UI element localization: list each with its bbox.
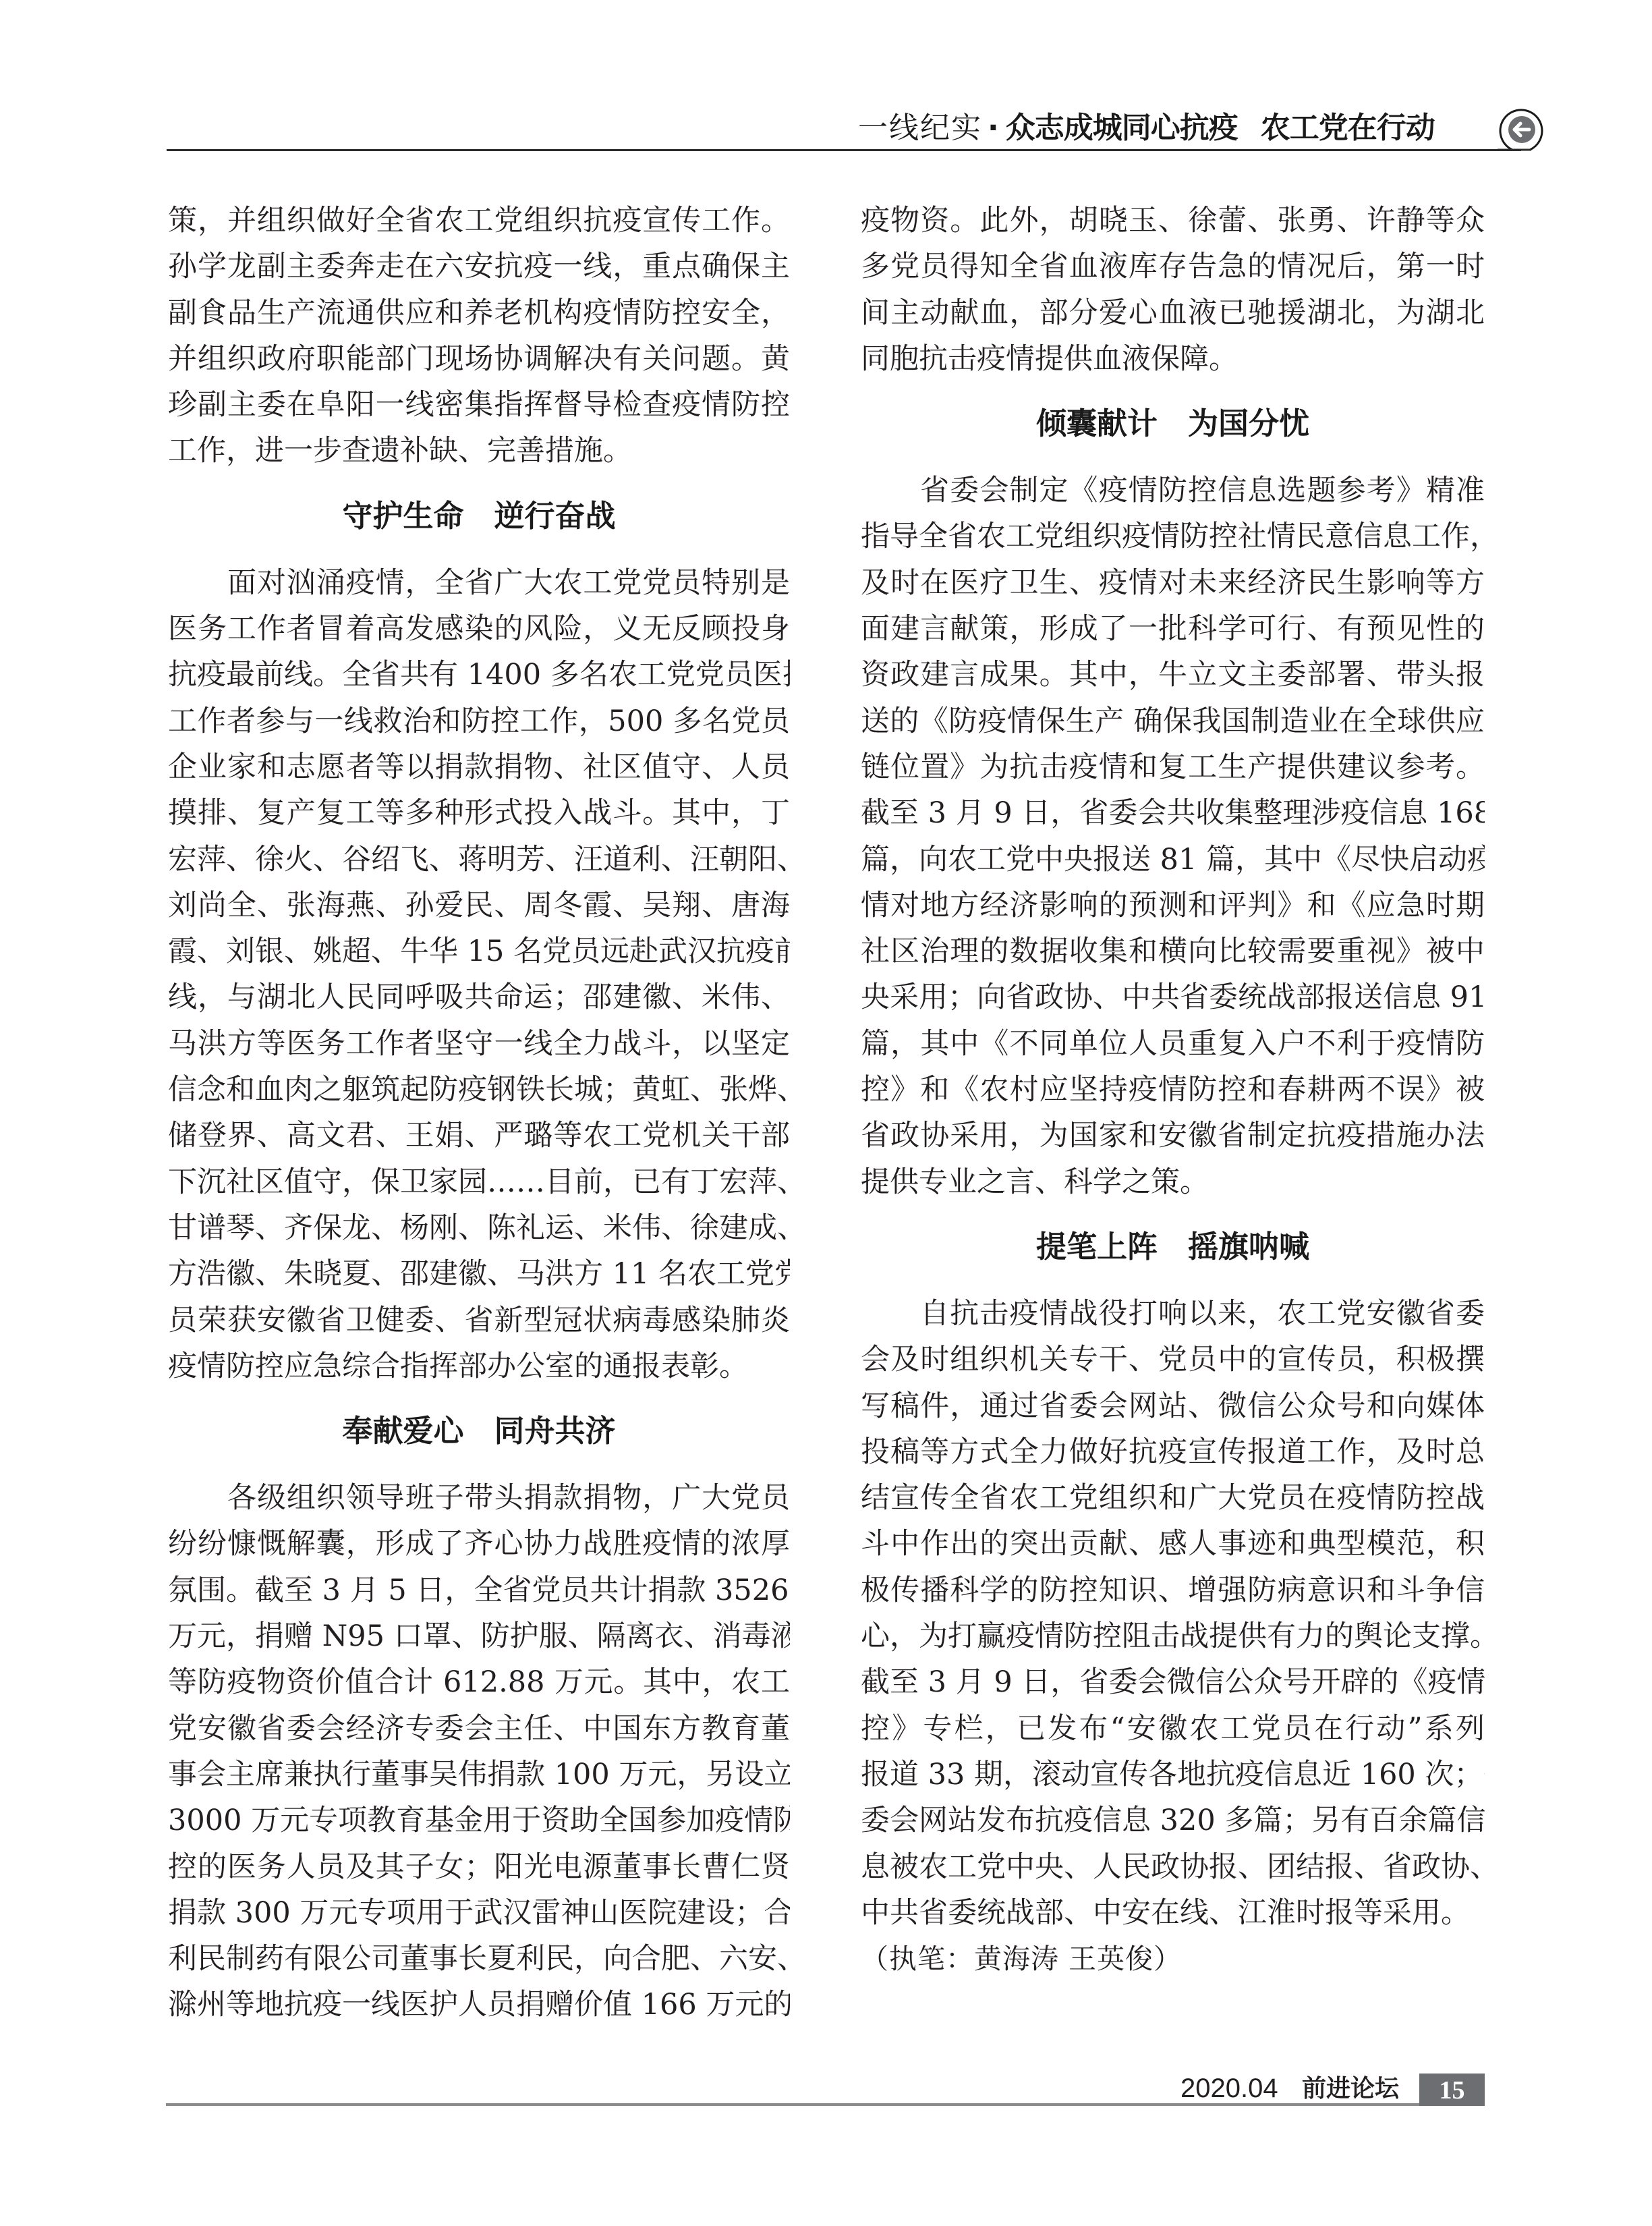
text-line: 各级组织领导班子带头捐款捐物，广大党员	[168, 1475, 790, 1521]
text-line: 报道 33 期，滚动宣传各地抗疫信息近 160 次；省	[861, 1752, 1485, 1798]
text-line: 纷纷慷慨解囊，形成了齐心协力战胜疫情的浓厚	[168, 1521, 790, 1567]
section-heading: 倾囊献计 为国分忧	[861, 382, 1485, 468]
text-line: 宏萍、徐火、谷绍飞、蒋明芳、汪道利、汪朝阳、	[168, 837, 790, 883]
text-line: 刘尚全、张海燕、孙爱民、周冬霞、吴翔、唐海	[168, 883, 790, 928]
text-line: 央采用；向省政协、中共省委统战部报送信息 91	[861, 974, 1485, 1020]
text-line: 投稿等方式全力做好抗疫宣传报道工作，及时总	[861, 1429, 1485, 1475]
text-line: 甘谱琴、齐保龙、杨刚、陈礼运、米伟、徐建成、	[168, 1205, 790, 1251]
circle-arrow-left-icon	[1498, 105, 1549, 157]
text-line: 息被农工党中央、人民政协报、团结报、省政协、	[861, 1844, 1485, 1890]
text-line: 截至 3 月 9 日，省委会共收集整理涉疫信息 168	[861, 790, 1485, 836]
text-line: 极传播科学的防控知识、增强防病意识和斗争信	[861, 1567, 1485, 1613]
text-line: 心，为打赢疫情防控阻击战提供有力的舆论支撑。	[861, 1613, 1485, 1659]
text-line: 孙学龙副主委奔走在六安抗疫一线，重点确保主	[168, 244, 790, 289]
text-line: 线，与湖北人民同呼吸共命运；邵建徽、米伟、	[168, 974, 790, 1020]
text-line: 摸排、复产复工等多种形式投入战斗。其中，丁	[168, 790, 790, 836]
header-rule	[167, 149, 1521, 151]
text-line: 多党员得知全省血液库存告急的情况后，第一时	[861, 244, 1485, 289]
text-line: 会及时组织机关专干、党员中的宣传员，积极撰	[861, 1337, 1485, 1383]
section-kicker: 一线纪实	[858, 111, 982, 145]
text-line: 链位置》为抗击疫情和复工生产提供建议参考。	[861, 744, 1485, 790]
text-line: 及时在医疗卫生、疫情对未来经济民生影响等方	[861, 560, 1485, 606]
paragraph: 面对汹涌疫情，全省广大农工党党员特别是 医务工作者冒着高发感染的风险，义无反顾投…	[168, 560, 790, 1389]
text-line: 工作者参与一线救治和防控工作，500 多名党员	[168, 698, 790, 744]
text-line: 信念和血肉之躯筑起防疫钢铁长城；黄虹、张烨、	[168, 1067, 790, 1113]
text-line: 资政建言成果。其中，牛立文主委部署、带头报	[861, 652, 1485, 698]
paragraph: 自抗击疫情战役打响以来，农工党安徽省委 会及时组织机关专干、党员中的宣传员，积极…	[861, 1291, 1485, 1936]
text-line: 氛围。截至 3 月 5 日，全省党员共计捐款 3526.72	[168, 1567, 790, 1613]
text-line: 疫物资。此外，胡晓玉、徐蕾、张勇、许静等众	[861, 198, 1485, 244]
section-heading: 奉献爱心 同舟共济	[168, 1389, 790, 1475]
text-line: 截至 3 月 9 日，省委会微信公众号开辟的《疫情防	[861, 1659, 1485, 1705]
section-header: 一线纪实·众志成城同心抗疫农工党在行动	[858, 108, 1435, 148]
paragraph: 各级组织领导班子带头捐款捐物，广大党员 纷纷慷慨解囊，形成了齐心协力战胜疫情的浓…	[168, 1475, 790, 2028]
text-line: 副食品生产流通供应和养老机构疫情防控安全，	[168, 290, 790, 336]
text-line: 篇，向农工党中央报送 81 篇，其中《尽快启动疫	[861, 837, 1485, 883]
author-byline: （执笔：黄海涛 王英俊）	[861, 1936, 1485, 1982]
text-line: 控》和《农村应坚持疫情防控和春耕两不误》被	[861, 1067, 1485, 1113]
section-heading: 守护生命 逆行奋战	[168, 474, 790, 560]
header-separator: ·	[988, 111, 999, 145]
paragraph-continued: 疫物资。此外，胡晓玉、徐蕾、张勇、许静等众 多党员得知全省血液库存告急的情况后，…	[861, 198, 1485, 382]
text-line: 霞、刘银、姚超、牛华 15 名党员远赴武汉抗疫前	[168, 928, 790, 974]
text-line: 事会主席兼执行董事吴伟捐款 100 万元，另设立	[168, 1752, 790, 1798]
text-line: 中共省委统战部、中安在线、江淮时报等采用。	[861, 1890, 1485, 1936]
text-line: 等防疫物资价值合计 612.88 万元。其中，农工	[168, 1659, 790, 1705]
text-line: 医务工作者冒着高发感染的风险，义无反顾投身	[168, 606, 790, 652]
text-line: 结宣传全省农工党组织和广大党员在疫情防控战	[861, 1475, 1485, 1521]
text-line: 抗疫最前线。全省共有 1400 多名农工党党员医护	[168, 652, 790, 698]
text-line: 方浩徽、朱晓夏、邵建徽、马洪方 11 名农工党党	[168, 1251, 790, 1297]
text-line: 间主动献血，部分爱心血液已驰援湖北，为湖北	[861, 290, 1485, 336]
text-line: 员荣获安徽省卫健委、省新型冠状病毒感染肺炎	[168, 1298, 790, 1343]
text-line: 利民制药有限公司董事长夏利民，向合肥、六安、	[168, 1936, 790, 1982]
text-line: 提供专业之言、科学之策。	[861, 1159, 1485, 1205]
text-line: 并组织政府职能部门现场协调解决有关问题。黄	[168, 336, 790, 382]
magazine-name: 前进论坛	[1302, 2073, 1399, 2104]
left-column: 策，并组织做好全省农工党组织抗疫宣传工作。 孙学龙副主委奔走在六安抗疫一线，重点…	[168, 198, 790, 2028]
text-line: 企业家和志愿者等以捐款捐物、社区值守、人员	[168, 744, 790, 790]
right-column: 疫物资。此外，胡晓玉、徐蕾、张勇、许静等众 多党员得知全省血液库存告急的情况后，…	[861, 198, 1485, 1982]
text-line: 珍副主委在阜阳一线密集指挥督导检查疫情防控	[168, 382, 790, 428]
text-line: 下沉社区值守，保卫家园……目前，已有丁宏萍、	[168, 1159, 790, 1205]
text-line: 党安徽省委会经济专委会主任、中国东方教育董	[168, 1706, 790, 1752]
text-line: 万元，捐赠 N95 口罩、防护服、隔离衣、消毒液	[168, 1613, 790, 1659]
text-line: 3000 万元专项教育基金用于资助全国参加疫情防	[168, 1798, 790, 1843]
text-line: 控》专栏，已发布“安徽农工党员在行动”系列	[861, 1706, 1485, 1752]
text-line: 自抗击疫情战役打响以来，农工党安徽省委	[861, 1291, 1485, 1337]
text-line: 指导全省农工党组织疫情防控社情民意信息工作，	[861, 513, 1485, 559]
paragraph: 省委会制定《疫情防控信息选题参考》精准 指导全省农工党组织疫情防控社情民意信息工…	[861, 468, 1485, 1205]
text-line: 策，并组织做好全省农工党组织抗疫宣传工作。	[168, 198, 790, 244]
text-line: 工作，进一步查遗补缺、完善措施。	[168, 428, 790, 474]
text-line: 篇，其中《不同单位人员重复入户不利于疫情防	[861, 1021, 1485, 1067]
text-line: 捐款 300 万元专项用于武汉雷神山医院建设；合肥	[168, 1890, 790, 1936]
section-heading: 提笔上阵 摇旗呐喊	[861, 1205, 1485, 1291]
text-line: 写稿件，通过省委会网站、微信公众号和向媒体	[861, 1383, 1485, 1429]
text-line: 滁州等地抗疫一线医护人员捐赠价值 166 万元的防	[168, 1982, 790, 2028]
text-line: 斗中作出的突出贡献、感人事迹和典型模范，积	[861, 1521, 1485, 1567]
text-line: 面对汹涌疫情，全省广大农工党党员特别是	[168, 560, 790, 606]
page-number: 15	[1419, 2074, 1485, 2106]
text-line: 疫情防控应急综合指挥部办公室的通报表彰。	[168, 1343, 790, 1389]
issue-date: 2020.04	[1180, 2073, 1278, 2104]
text-line: 省委会制定《疫情防控信息选题参考》精准	[861, 468, 1485, 513]
text-line: 情对地方经济影响的预测和评判》和《应急时期	[861, 883, 1485, 928]
text-line: 送的《防疫情保生产 确保我国制造业在全球供应	[861, 698, 1485, 744]
text-line: 控的医务人员及其子女；阳光电源董事长曹仁贤	[168, 1844, 790, 1890]
text-line: 马洪方等医务工作者坚守一线全力战斗，以坚定	[168, 1021, 790, 1067]
text-line: 省政协采用，为国家和安徽省制定抗疫措施办法	[861, 1113, 1485, 1159]
text-line: 储登界、高文君、王娟、严璐等农工党机关干部	[168, 1113, 790, 1159]
text-line: 社区治理的数据收集和横向比较需要重视》被中	[861, 928, 1485, 974]
header-title-part2: 农工党在行动	[1261, 111, 1435, 145]
text-line: 委会网站发布抗疫信息 320 多篇；另有百余篇信	[861, 1798, 1485, 1843]
text-line: 同胞抗击疫情提供血液保障。	[861, 336, 1485, 382]
paragraph-continued: 策，并组织做好全省农工党组织抗疫宣传工作。 孙学龙副主委奔走在六安抗疫一线，重点…	[168, 198, 790, 474]
header-title-part1: 众志成城同心抗疫	[1006, 111, 1238, 145]
text-line: 面建言献策，形成了一批科学可行、有预见性的	[861, 606, 1485, 652]
